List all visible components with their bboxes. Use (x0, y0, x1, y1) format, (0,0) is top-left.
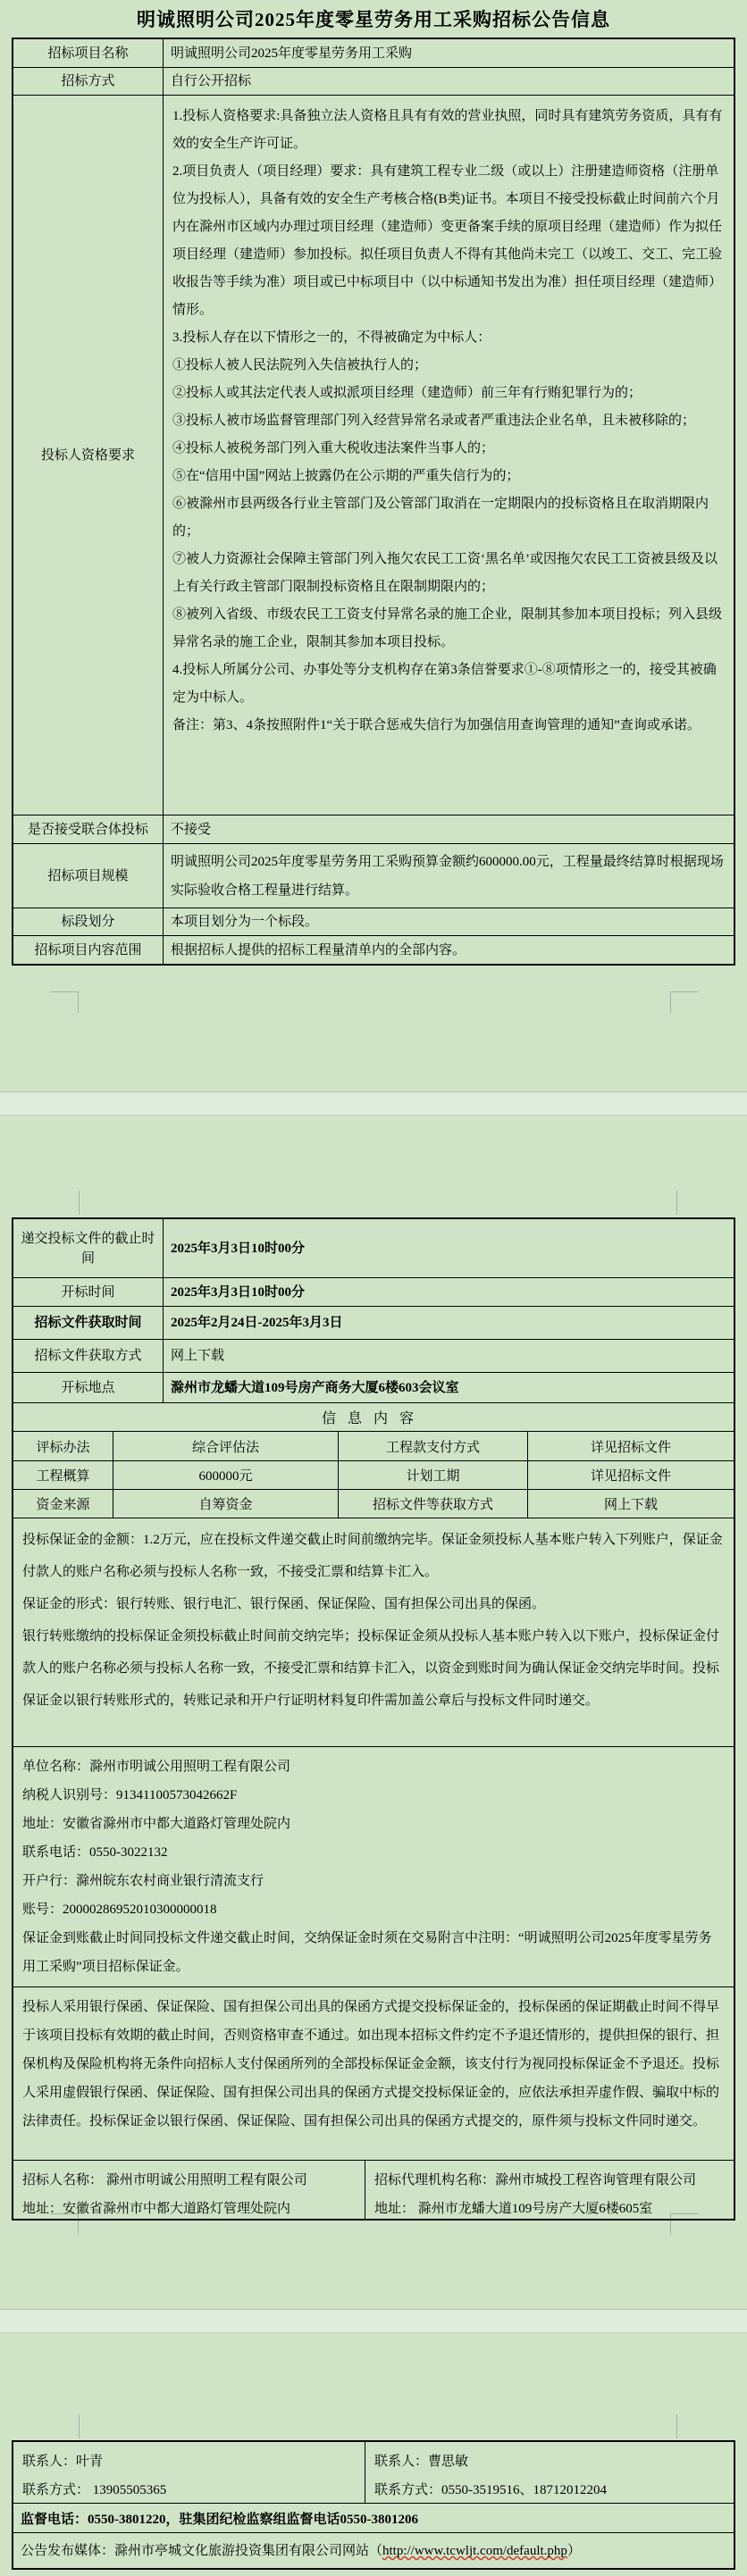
table-row-guarantee: 投标人采用银行保函、保证保险、国有担保公司出具的保函方式提交投标保证金的，投标保… (13, 1986, 734, 2160)
guarantee-letter-text: 投标人采用银行保函、保证保险、国有担保公司出具的保函方式提交投标保证金的，投标保… (13, 1987, 734, 2160)
agency-info: 招标代理机构名称：滁州市城投工程咨询管理有限公司 地址： 滁州市龙蟠大道109号… (365, 2161, 734, 2219)
field-label: 标段划分 (13, 908, 164, 935)
qualification-paragraph: 4.投标人所属分公司、办事处等分支机构存在第3条信誉要求①-⑧项情形之一的，接受… (172, 657, 725, 712)
grid-label: 评标办法 (13, 1432, 113, 1460)
qualification-paragraph: 1.投标人资格要求:具备独立法人资格且具有有效的营业执照，同时具有建筑劳务资质，… (172, 103, 725, 158)
agency-address: 地址： 滁州市龙蟠大道109号房产大厦6楼605室 (374, 2195, 725, 2219)
contact-person: 联系人：曹思敏 (374, 2447, 725, 2476)
field-value: 明诚照明公司2025年度零星劳务用工采购预算金额约600000.00元，工程量最… (164, 844, 734, 907)
project-info-table: 招标项目名称 明诚照明公司2025年度零星劳务用工采购 招标方式 自行公开招标 … (12, 38, 735, 966)
tenderer-address: 地址：安徽省滁州市中都大道路灯管理处院内 (22, 2195, 356, 2219)
page-margin-mark (50, 991, 79, 1013)
field-value: 2025年3月3日10时00分 (164, 1278, 734, 1306)
grid-value: 600000元 (113, 1461, 339, 1489)
guarantee-paragraph: 投标人采用银行保函、保证保险、国有担保公司出具的保函方式提交投标保证金的，投标保… (22, 1993, 725, 2136)
page-margin-mark (79, 2414, 80, 2438)
deposit-paragraph: 银行转账缴纳的投标保证金须投标截止时间前交纳完毕；投标保证金须从投标人基本账户转… (22, 1620, 725, 1717)
grid-value: 自筹资金 (113, 1490, 339, 1518)
account-line: 保证金到账截止时间同投标文件递交截止时间，交纳保证金时须在交易附言中注明：“明诚… (22, 1924, 725, 1981)
deposit-paragraph: 投标保证金的金额：1.2万元，应在投标文件递交截止时间前缴纳完毕。保证金须投标人… (22, 1524, 725, 1588)
grid-label: 工程款支付方式 (339, 1432, 528, 1460)
parties-row: 招标人名称： 滁州市明诚公用照明工程有限公司 地址：安徽省滁州市中都大道路灯管理… (13, 2160, 734, 2219)
account-line: 纳税人识别号：91341100573042662F (22, 1781, 725, 1810)
field-label: 开标地点 (13, 1373, 164, 1402)
media-suffix: ） (567, 2544, 581, 2558)
media-prefix: 公告发布媒体：滁州市亭城文化旅游投资集团有限公司网站（ (21, 2544, 382, 2558)
table-row: 招标方式 自行公开招标 (13, 67, 734, 95)
page-break-band (0, 1091, 747, 1116)
contact-phone: 联系方式：0550-3519516、18712012204 (374, 2476, 725, 2503)
field-value: 根据招标人提供的招标工程量清单内的全部内容。 (164, 936, 734, 964)
field-value: 不接受 (164, 815, 734, 843)
table-row: 开标地点 滁州市龙蟠大道109号房产商务大厦6楼603会议室 (13, 1372, 734, 1402)
page-title: 明诚照明公司2025年度零星劳务用工采购招标公告信息 (0, 5, 747, 32)
page-margin-mark (79, 1191, 80, 1215)
page-margin-mark (670, 991, 699, 1013)
field-label: 招标项目内容范围 (13, 936, 164, 964)
media-url-link[interactable]: http://www.tcwljt.com/default.php (382, 2544, 567, 2558)
grid-label: 资金来源 (13, 1490, 113, 1518)
field-label: 招标项目名称 (13, 39, 164, 67)
table-row: 标段划分 本项目划分为一个标段。 (13, 907, 734, 935)
account-line: 地址：安徽省滁州市中都大道路灯管理处院内 (22, 1810, 725, 1838)
contacts-table: 联系人：叶青 联系方式： 13905505365 联系人：曹思敏 联系方式：05… (12, 2440, 735, 2570)
table-row: 递交投标文件的截止时间 2025年3月3日10时00分 (13, 1219, 734, 1277)
field-value: 网上下载 (164, 1340, 734, 1372)
table-row: 开标时间 2025年3月3日10时00分 (13, 1277, 734, 1306)
field-label: 开标时间 (13, 1278, 164, 1306)
grid-value: 综合评估法 (113, 1432, 339, 1460)
grid-value: 详见招标文件 (528, 1432, 734, 1460)
deposit-account-text: 单位名称：滁州市明诚公用照明工程有限公司 纳税人识别号：913411005730… (13, 1747, 734, 1986)
qualification-paragraph: ③投标人被市场监督管理部门列入经营异常名录或者严重违法企业名单，且未被移除的； (172, 407, 725, 435)
table-row: 招标文件获取时间 2025年2月24日-2025年3月3日 (13, 1306, 734, 1339)
bid-schedule-table: 递交投标文件的截止时间 2025年3月3日10时00分 开标时间 2025年3月… (12, 1217, 735, 2221)
announcement-media: 公告发布媒体：滁州市亭城文化旅游投资集团有限公司网站（http://www.tc… (13, 2533, 734, 2568)
qualification-paragraph: 备注：第3、4条按照附件1“关于联合惩戒失信行为加强信用查询管理的通知”查询或承… (172, 712, 725, 740)
grid-label: 工程概算 (13, 1461, 113, 1489)
info-grid-row: 评标办法 综合评估法 工程款支付方式 详见招标文件 (13, 1431, 734, 1460)
tenderer-info: 招标人名称： 滁州市明诚公用照明工程有限公司 地址：安徽省滁州市中都大道路灯管理… (13, 2161, 365, 2219)
qualification-paragraph: ④投标人被税务部门列入重大税收违法案件当事人的； (172, 435, 725, 463)
document-page: 明诚照明公司2025年度零星劳务用工采购招标公告信息 招标项目名称 明诚照明公司… (0, 0, 747, 2576)
qualification-paragraph: ①投标人被人民法院列入失信被执行人的； (172, 352, 725, 380)
field-value: 自行公开招标 (164, 68, 734, 95)
field-value: 本项目划分为一个标段。 (164, 908, 734, 935)
deposit-paragraph: 保证金的形式：银行转账、银行电汇、银行保函、保证保险、国有担保公司出具的保函。 (22, 1588, 725, 1620)
table-row: 招标项目名称 明诚照明公司2025年度零星劳务用工采购 (13, 39, 734, 67)
tenderer-name: 招标人名称： 滁州市明诚公用照明工程有限公司 (22, 2166, 356, 2195)
info-content-header-row: 信息内容 (13, 1402, 734, 1431)
field-value: 2025年2月24日-2025年3月3日 (164, 1307, 734, 1339)
qualification-requirements: 1.投标人资格要求:具备独立法人资格且具有有效的营业执照，同时具有建筑劳务资质，… (164, 96, 734, 815)
contacts-row: 联系人：叶青 联系方式： 13905505365 联系人：曹思敏 联系方式：05… (13, 2442, 734, 2503)
table-row: 招标项目内容范围 根据招标人提供的招标工程量清单内的全部内容。 (13, 935, 734, 964)
table-row-deposit: 投标保证金的金额：1.2万元，应在投标文件递交截止时间前缴纳完毕。保证金须投标人… (13, 1518, 734, 1746)
info-content-header: 信息内容 (13, 1403, 734, 1431)
info-grid-row: 资金来源 自筹资金 招标文件等获取方式 网上下载 (13, 1489, 734, 1518)
qualification-paragraph: 3.投标人存在以下情形之一的，不得被确定为中标人： (172, 324, 725, 352)
field-label: 投标人资格要求 (13, 96, 164, 815)
qualification-paragraph: ⑧被列入省级、市级农民工工资支付异常名录的施工企业，限制其参加本项目投标；列入县… (172, 601, 725, 657)
contact-phone: 联系方式： 13905505365 (22, 2476, 356, 2503)
contact-person: 联系人：叶青 (22, 2447, 356, 2476)
bid-deposit-text: 投标保证金的金额：1.2万元，应在投标文件递交截止时间前缴纳完毕。保证金须投标人… (13, 1518, 734, 1746)
supervision-row: 监督电话：0550-3801220，驻集团纪检监察组监督电话0550-38012… (13, 2503, 734, 2532)
table-row-account: 单位名称：滁州市明诚公用照明工程有限公司 纳税人识别号：913411005730… (13, 1746, 734, 1986)
field-label: 招标文件获取方式 (13, 1340, 164, 1372)
table-row-qualifications: 投标人资格要求 1.投标人资格要求:具备独立法人资格且具有有效的营业执照，同时具… (13, 95, 734, 815)
info-grid-row: 工程概算 600000元 计划工期 详见招标文件 (13, 1460, 734, 1489)
media-row: 公告发布媒体：滁州市亭城文化旅游投资集团有限公司网站（http://www.tc… (13, 2532, 734, 2568)
qualification-paragraph: ②投标人或其法定代表人或拟派项目经理（建造师）前三年有行贿犯罪行为的； (172, 380, 725, 407)
page-margin-mark (676, 1191, 677, 1215)
field-label: 招标方式 (13, 68, 164, 95)
account-line: 联系电话：0550-3022132 (22, 1838, 725, 1867)
grid-value: 网上下载 (528, 1490, 734, 1518)
grid-label: 计划工期 (339, 1461, 528, 1489)
account-line: 单位名称：滁州市明诚公用照明工程有限公司 (22, 1752, 725, 1781)
field-label: 招标文件获取时间 (13, 1307, 164, 1339)
page-margin-mark (676, 2414, 677, 2438)
qualification-paragraph: ⑥被滁州市县两级各行业主管部门及公管部门取消在一定期限内的投标资格且在取消期限内… (172, 490, 725, 546)
account-line: 账号：20000286952010300000018 (22, 1895, 725, 1924)
table-row: 招标文件获取方式 网上下载 (13, 1339, 734, 1372)
account-line: 开户行：滁州皖东农村商业银行清流支行 (22, 1867, 725, 1895)
grid-label: 招标文件等获取方式 (339, 1490, 528, 1518)
field-value: 明诚照明公司2025年度零星劳务用工采购 (164, 39, 734, 67)
supervision-phone: 监督电话：0550-3801220，驻集团纪检监察组监督电话0550-38012… (13, 2504, 734, 2532)
field-value: 滁州市龙蟠大道109号房产商务大厦6楼603会议室 (164, 1373, 734, 1402)
field-label: 招标项目规模 (13, 844, 164, 907)
page-break-band (0, 2309, 747, 2333)
field-label: 是否接受联合体投标 (13, 815, 164, 843)
field-value: 2025年3月3日10时00分 (164, 1219, 734, 1277)
tenderer-contact: 联系人：叶青 联系方式： 13905505365 (13, 2442, 365, 2503)
agency-name: 招标代理机构名称：滁州市城投工程咨询管理有限公司 (374, 2166, 725, 2195)
agency-contact: 联系人：曹思敏 联系方式：0550-3519516、18712012204 (365, 2442, 734, 2503)
qualification-paragraph: ⑦被人力资源社会保障主管部门列入拖欠农民工工资‘黑名单’或因拖欠农民工工资被县级… (172, 546, 725, 601)
table-row: 招标项目规模 明诚照明公司2025年度零星劳务用工采购预算金额约600000.0… (13, 843, 734, 907)
qualification-paragraph: 2.项目负责人（项目经理）要求：具有建筑工程专业二级（或以上）注册建造师资格（注… (172, 158, 725, 324)
field-label: 递交投标文件的截止时间 (13, 1219, 164, 1277)
grid-value: 详见招标文件 (528, 1461, 734, 1489)
table-row: 是否接受联合体投标 不接受 (13, 815, 734, 843)
qualification-paragraph: ⑤在“信用中国”网站上披露仍在公示期的严重失信行为的； (172, 463, 725, 490)
